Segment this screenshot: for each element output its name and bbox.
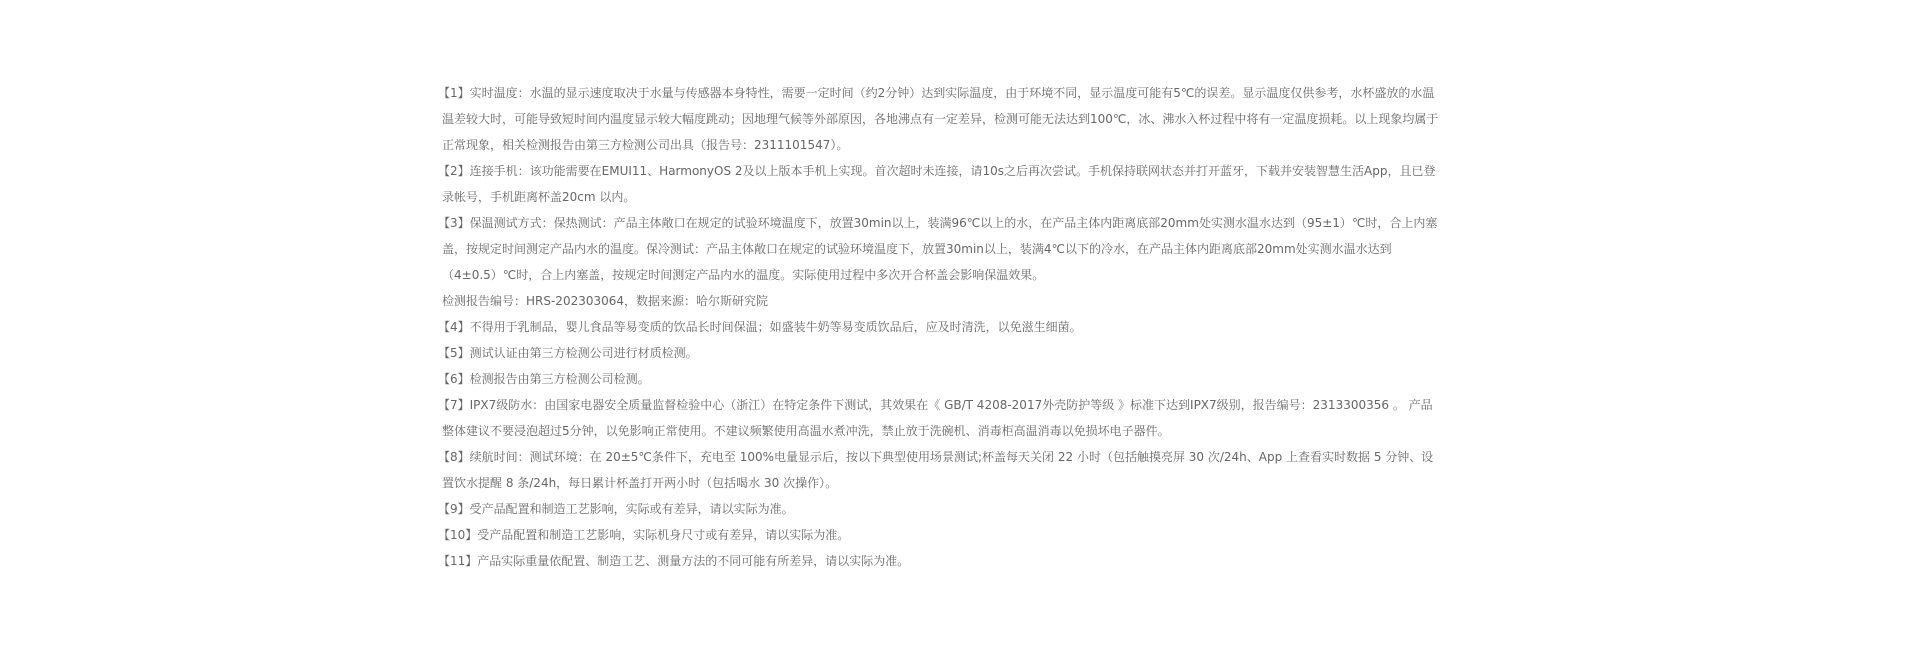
footnote-text: 受产品配置和制造工艺影响，实际机身尺寸或有差异，请以实际为准。 — [477, 528, 849, 542]
footnote-1: 【1】实时温度：水温的显示速度取决于水量与传感器本身特性，需要一定时间（约2分钟… — [442, 80, 1442, 158]
footnotes-section: 【1】实时温度：水温的显示速度取决于水量与传感器本身特性，需要一定时间（约2分钟… — [442, 80, 1442, 574]
footnote-2: 【2】连接手机：该功能需要在EMUI11、HarmonyOS 2及以上版本手机上… — [442, 158, 1442, 210]
footnote-marker: 【4】 — [438, 320, 470, 334]
footnote-text: 保温测试方式：保热测试：产品主体敞口在规定的试验环境温度下，放置30min以上，… — [442, 216, 1437, 282]
footnote-marker: 【2】 — [438, 164, 470, 178]
footnote-5: 【5】测试认证由第三方检测公司进行材质检测。 — [442, 340, 1442, 366]
footnote-text: 续航时间：测试环境：在 20±5℃条件下，充电至 100%电量显示后，按以下典型… — [442, 450, 1433, 490]
footnote-marker: 【7】 — [438, 398, 470, 412]
footnote-text: 实时温度：水温的显示速度取决于水量与传感器本身特性，需要一定时间（约2分钟）达到… — [442, 86, 1438, 152]
footnote-10: 【10】受产品配置和制造工艺影响，实际机身尺寸或有差异，请以实际为准。 — [442, 522, 1442, 548]
test-report-source: 检测报告编号：HRS-202303064，数据来源：哈尔斯研究院 — [442, 288, 1442, 314]
footnote-3: 【3】保温测试方式：保热测试：产品主体敞口在规定的试验环境温度下，放置30min… — [442, 210, 1442, 288]
footnote-text: 产品实际重量依配置、制造工艺、测量方法的不同可能有所差异，请以实际为准。 — [477, 554, 909, 568]
footnote-marker: 【5】 — [438, 346, 470, 360]
footnote-marker: 【9】 — [438, 502, 470, 516]
footnote-text: IPX7级防水：由国家电器安全质量监督检验中心（浙江）在特定条件下测试，其效果在… — [442, 398, 1433, 438]
footnote-text: 检测报告编号：HRS-202303064，数据来源：哈尔斯研究院 — [442, 294, 768, 308]
footnote-7: 【7】IPX7级防水：由国家电器安全质量监督检验中心（浙江）在特定条件下测试，其… — [442, 392, 1442, 444]
footnote-marker: 【10】 — [438, 528, 477, 542]
footnote-marker: 【6】 — [438, 372, 470, 386]
footnote-text: 受产品配置和制造工艺影响，实际或有差异，请以实际为准。 — [470, 502, 794, 516]
footnote-9: 【9】受产品配置和制造工艺影响，实际或有差异，请以实际为准。 — [442, 496, 1442, 522]
footnote-marker: 【8】 — [438, 450, 470, 464]
footnote-text: 连接手机：该功能需要在EMUI11、HarmonyOS 2及以上版本手机上实现。… — [442, 164, 1436, 204]
footnote-text: 不得用于乳制品，婴儿食品等易变质的饮品长时间保温；如盛装牛奶等易变质饮品后，应及… — [470, 320, 1082, 334]
footnote-4: 【4】不得用于乳制品，婴儿食品等易变质的饮品长时间保温；如盛装牛奶等易变质饮品后… — [442, 314, 1442, 340]
footnote-marker: 【3】 — [438, 216, 470, 230]
footnote-marker: 【1】 — [438, 86, 470, 100]
footnote-text: 检测报告由第三方检测公司检测。 — [470, 372, 650, 386]
footnote-marker: 【11】 — [438, 554, 477, 568]
footnote-6: 【6】检测报告由第三方检测公司检测。 — [442, 366, 1442, 392]
footnote-8: 【8】续航时间：测试环境：在 20±5℃条件下，充电至 100%电量显示后，按以… — [442, 444, 1442, 496]
footnote-text: 测试认证由第三方检测公司进行材质检测。 — [470, 346, 698, 360]
footnote-11: 【11】产品实际重量依配置、制造工艺、测量方法的不同可能有所差异，请以实际为准。 — [442, 548, 1442, 574]
